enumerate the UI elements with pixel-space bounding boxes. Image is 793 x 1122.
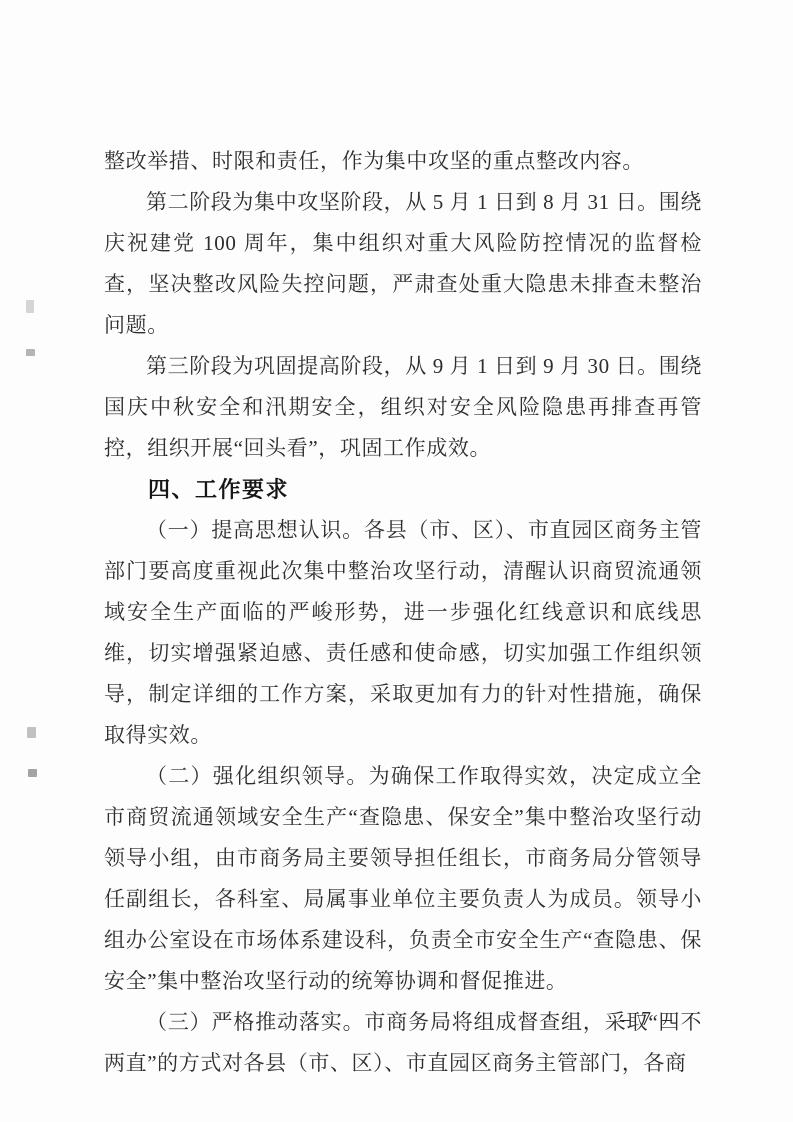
paragraph-continuation: 整改举措、时限和责任，作为集中攻坚的重点整改内容。	[104, 141, 702, 182]
paragraph-item-1-raise-awareness: （一）提高思想认识。各县（市、区）、市直园区商务主管部门要高度重视此次集中整治攻…	[104, 510, 702, 756]
scan-artifact	[28, 769, 37, 777]
paragraph-stage-2: 第二阶段为集中攻坚阶段，从 5 月 1 日到 8 月 31 日。围绕庆祝建党 1…	[104, 182, 702, 346]
page-number: – 7 –	[620, 1008, 675, 1031]
paragraph-item-2-strengthen-leadership: （二）强化组织领导。为确保工作取得实效，决定成立全市商贸流通领域安全生产“查隐患…	[104, 756, 702, 1002]
scanned-document-page: 整改举措、时限和责任，作为集中攻坚的重点整改内容。 第二阶段为集中攻坚阶段，从 …	[0, 0, 793, 1122]
document-body: 整改举措、时限和责任，作为集中攻坚的重点整改内容。 第二阶段为集中攻坚阶段，从 …	[104, 141, 702, 1084]
scan-artifact	[27, 727, 36, 738]
section-heading-work-requirements: 四、工作要求	[104, 469, 702, 510]
scan-artifact	[26, 300, 34, 313]
scan-artifact	[26, 349, 35, 356]
paragraph-item-3-strict-implementation: （三）严格推动落实。市商务局将组成督查组，采取“四不两直”的方式对各县（市、区）…	[104, 1002, 702, 1084]
paragraph-stage-3: 第三阶段为巩固提高阶段，从 9 月 1 日到 9 月 30 日。围绕国庆中秋安全…	[104, 346, 702, 469]
